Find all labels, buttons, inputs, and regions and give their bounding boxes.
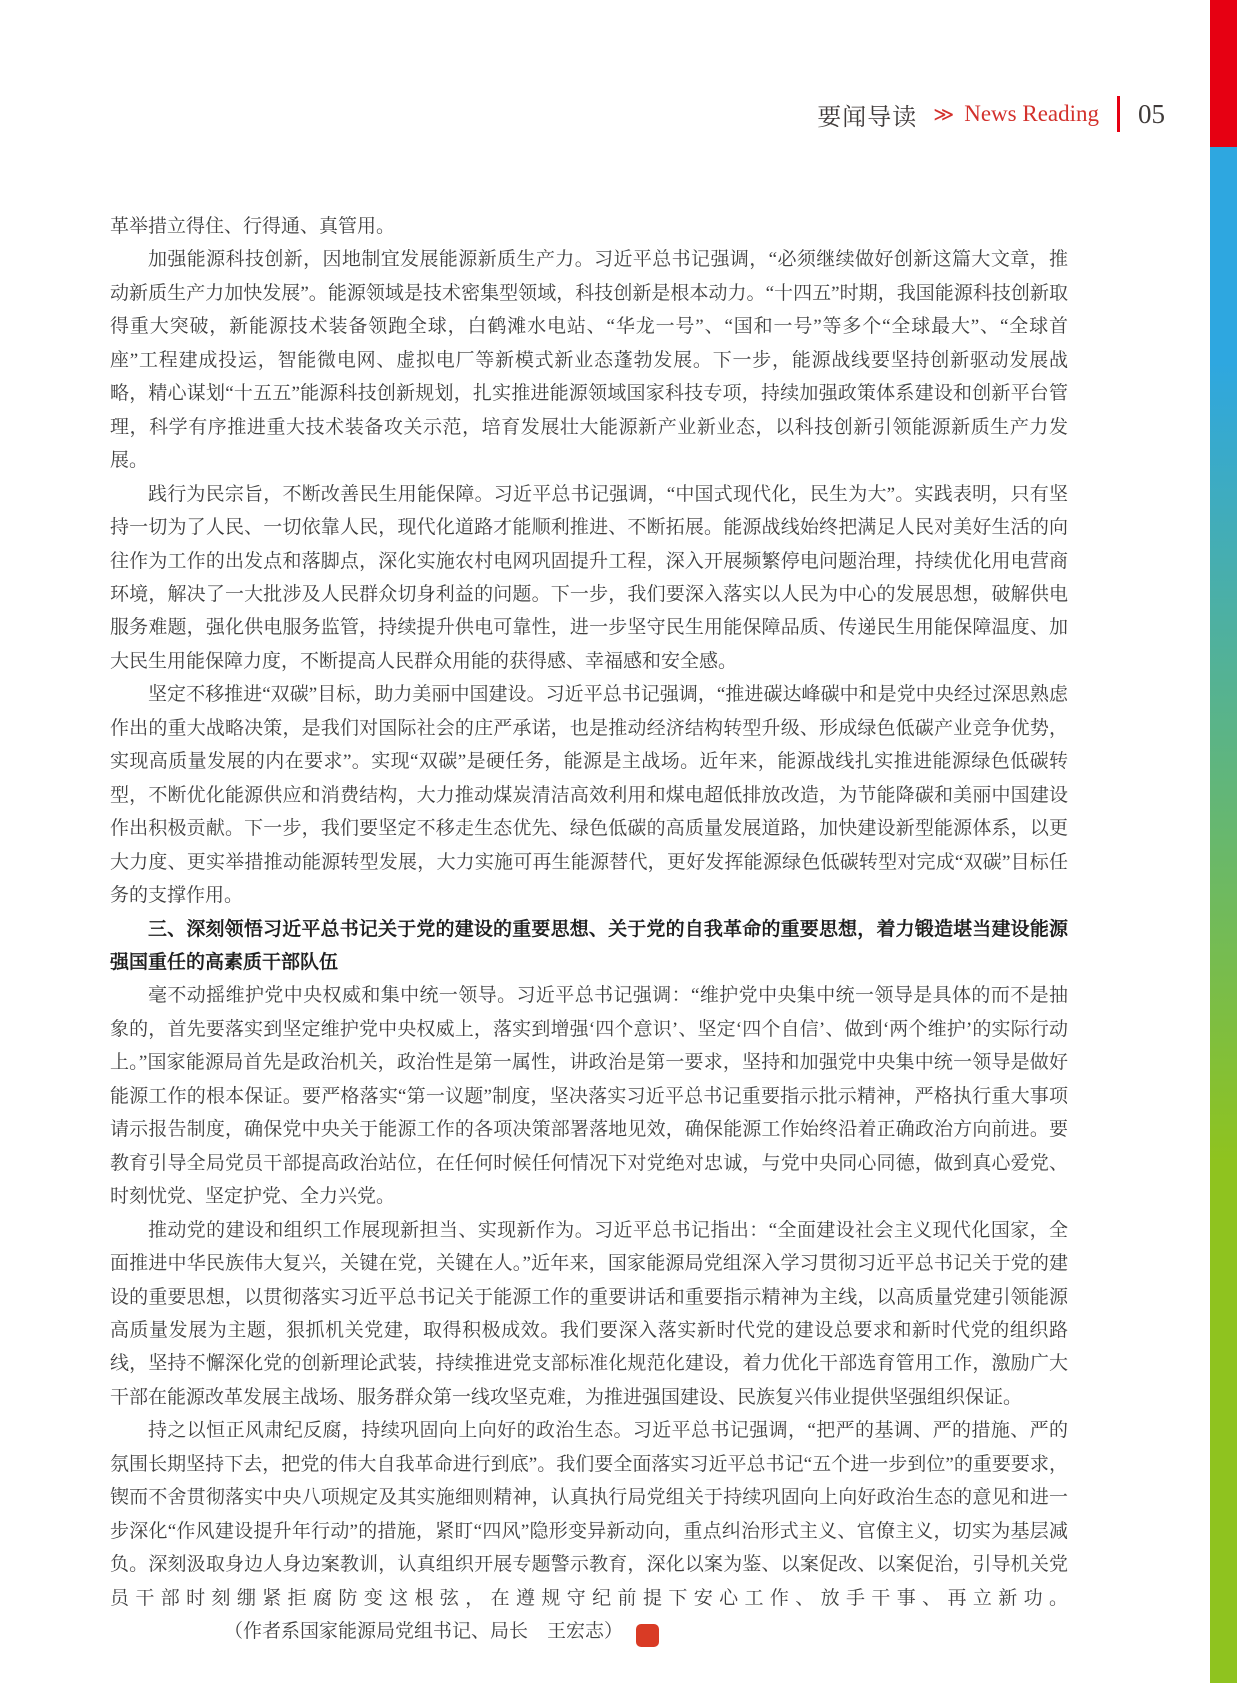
- magazine-page: 要闻导读 ≫ News Reading 05 革举措立得住、行得通、真管用。 加…: [0, 0, 1240, 1683]
- body-paragraph-livelihood: 践行为民宗旨，不断改善民生用能保障。习近平总书记强调，“中国式现代化，民生为大”…: [110, 478, 1068, 679]
- double-chevron-icon: ≫: [933, 102, 954, 126]
- section-title-en: News Reading: [964, 101, 1099, 127]
- section-heading: 三、深刻领悟习近平总书记关于党的建设的重要思想、关于党的自我革命的重要思想，着力…: [110, 913, 1068, 980]
- body-paragraph-tech-innovation: 加强能源科技创新，因地制宜发展能源新质生产力。习近平总书记强调，“必须继续做好创…: [110, 243, 1068, 477]
- section-title-zh: 要闻导读: [817, 97, 917, 132]
- end-mark-icon: ℮: [636, 1624, 659, 1647]
- accent-bar-gradient: [1210, 147, 1237, 1683]
- body-paragraph-dual-carbon: 坚定不移推进“双碳”目标，助力美丽中国建设。习近平总书记强调，“推进碳达峰碳中和…: [110, 678, 1068, 912]
- paragraph-text: 持之以恒正风肃纪反腐，持续巩固向上向好的政治生态。习近平总书记强调，“把严的基调…: [110, 1420, 1068, 1608]
- body-paragraph-party-leadership: 毫不动摇维护党中央权威和集中统一领导。习近平总书记强调：“维护党中央集中统一领导…: [110, 979, 1068, 1213]
- body-paragraph-discipline: 持之以恒正风肃纪反腐，持续巩固向上向好的政治生态。习近平总书记强调，“把严的基调…: [110, 1414, 1068, 1648]
- accent-bar-red: [1210, 0, 1237, 147]
- header-divider: [1117, 96, 1120, 132]
- author-credit: （作者系国家能源局党组书记、局长 王宏志）: [224, 1621, 623, 1642]
- body-paragraph-party-building: 推动党的建设和组织工作展现新担当、实现新作为。习近平总书记指出：“全面建设社会主…: [110, 1214, 1068, 1415]
- page-header: 要闻导读 ≫ News Reading 05: [0, 96, 1165, 132]
- article-body: 革举措立得住、行得通、真管用。 加强能源科技创新，因地制宜发展能源新质生产力。习…: [110, 210, 1068, 1648]
- body-paragraph-continuation: 革举措立得住、行得通、真管用。: [110, 210, 1068, 243]
- page-number: 05: [1138, 99, 1165, 130]
